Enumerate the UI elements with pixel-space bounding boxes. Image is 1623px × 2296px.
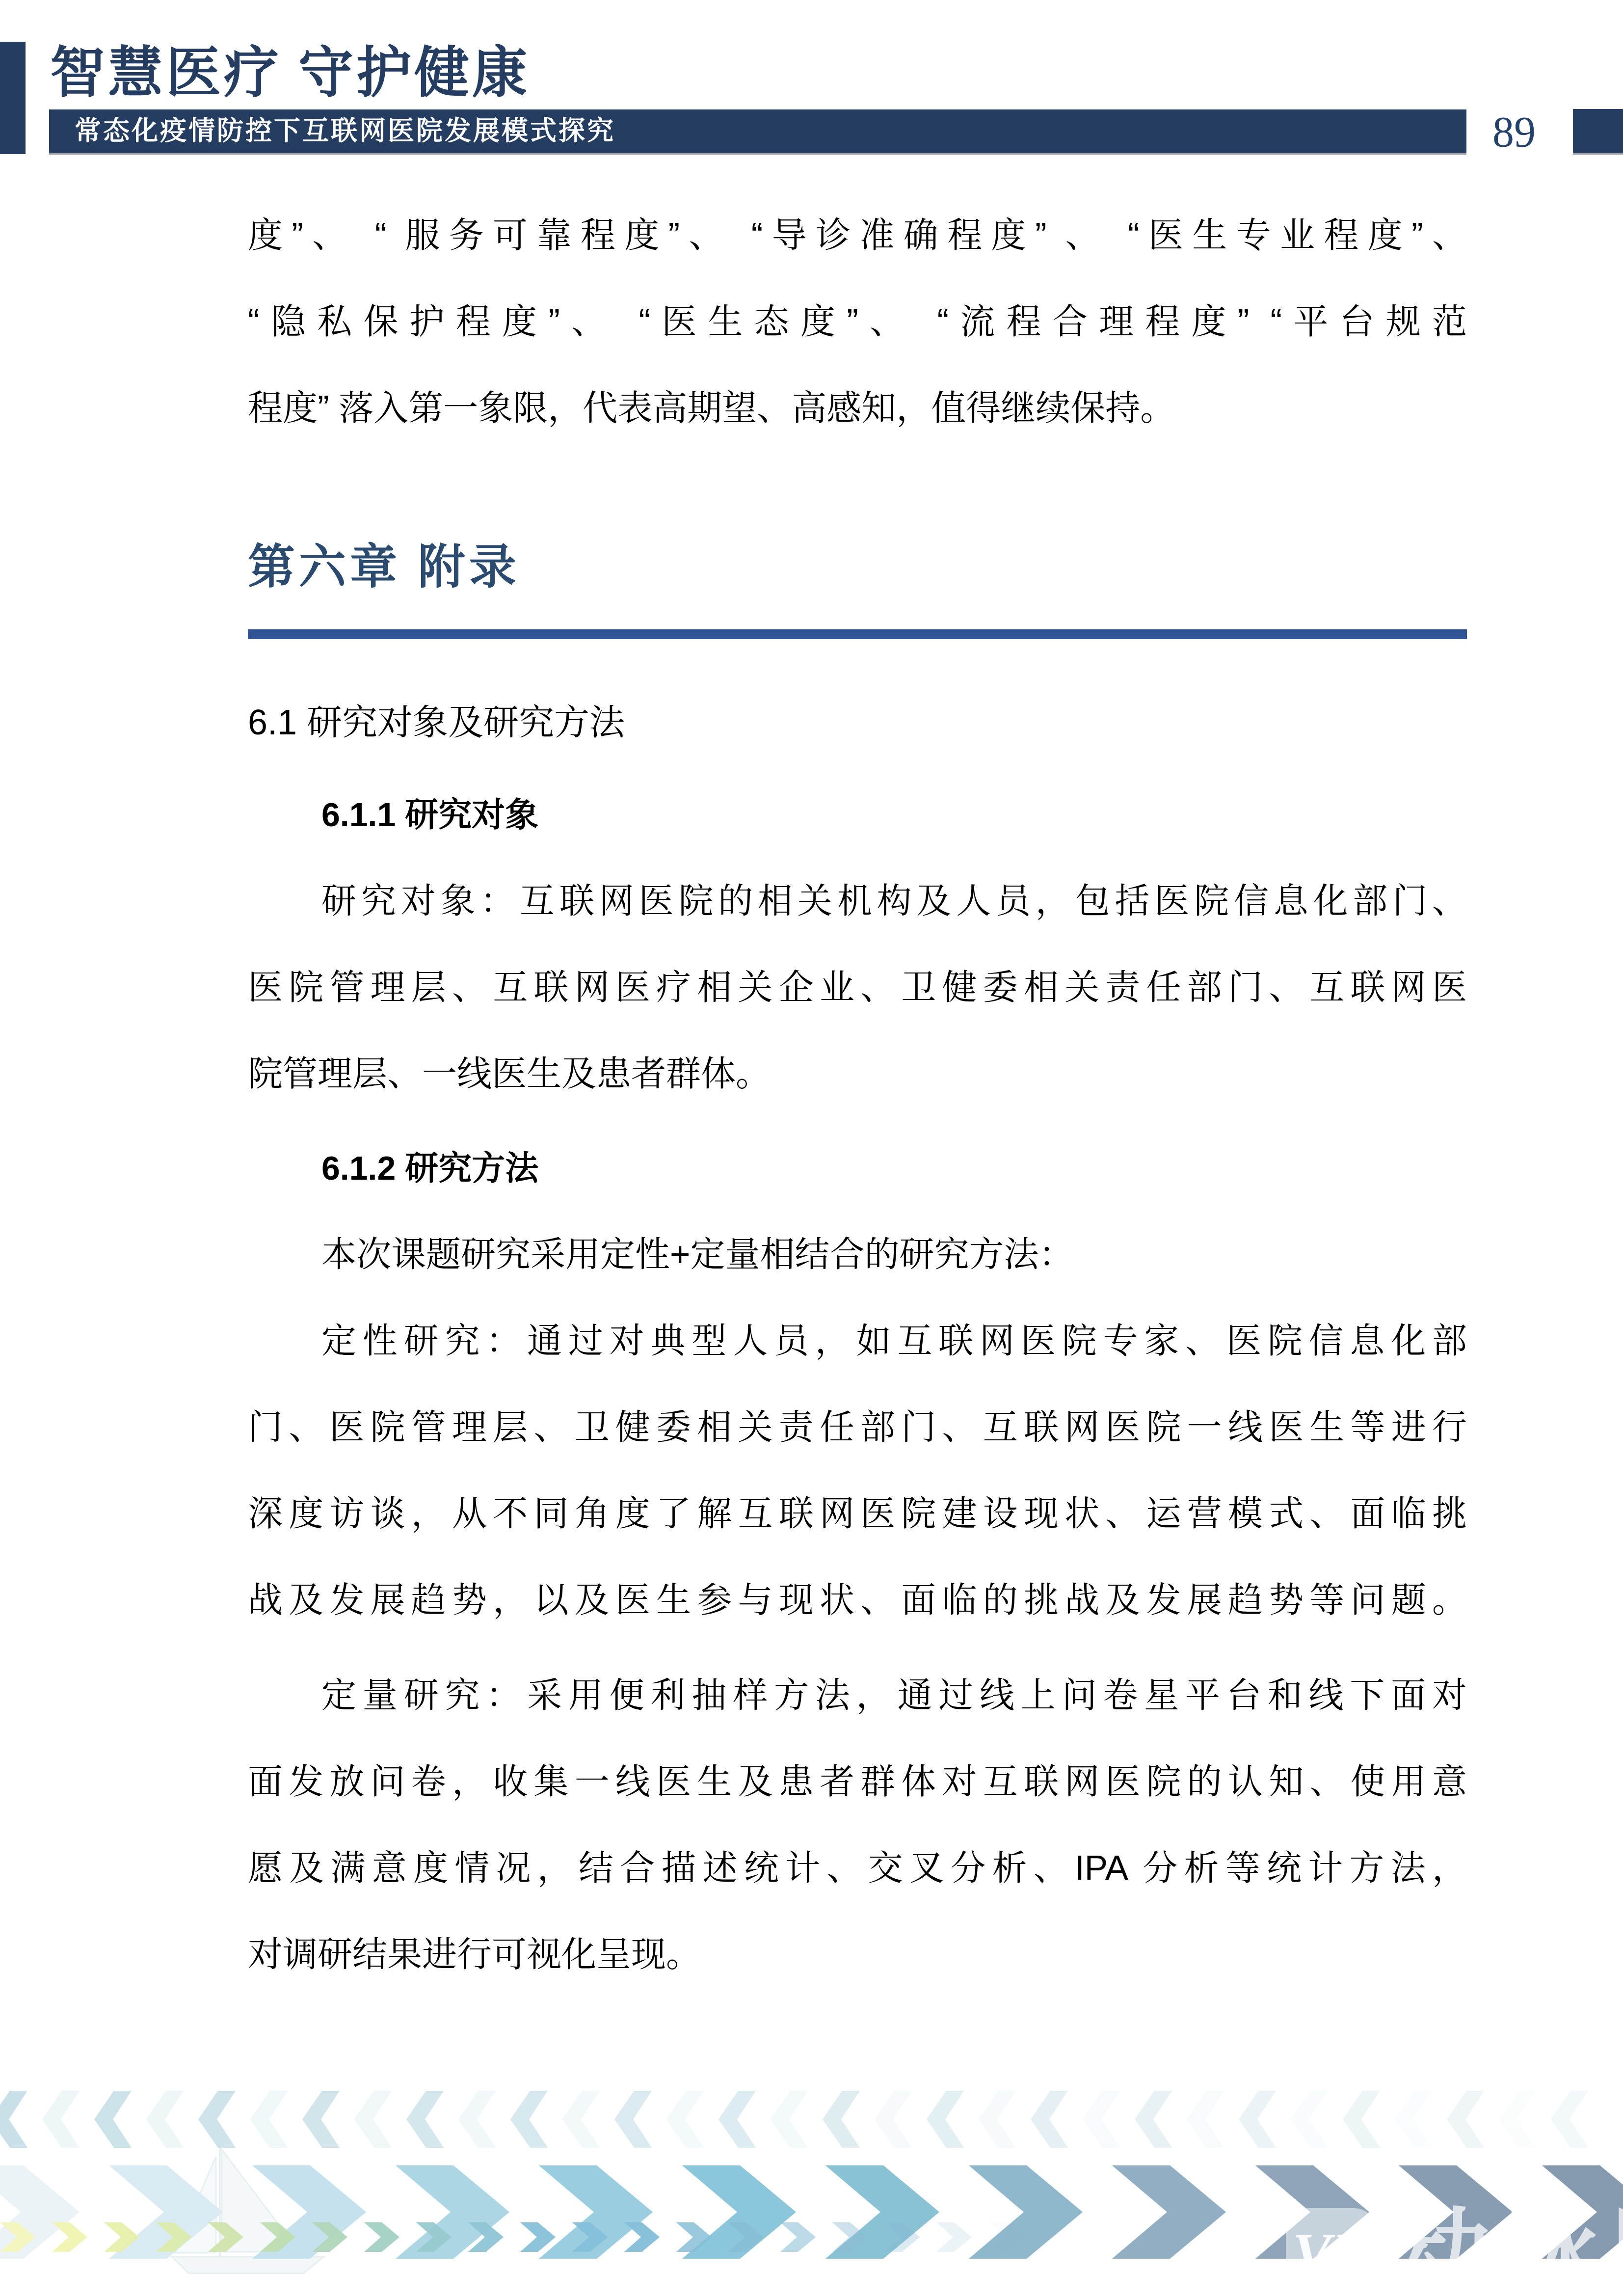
watermark: VB 动脉网 [1286,2208,1623,2296]
subsection-heading: 6.1.2 研究方法 [248,1125,1467,1212]
paragraph-line: “隐私保护程度”、 “医生态度”、 “流程合理程度” “平台规范 [248,279,1467,365]
paragraph-line: 对调研结果进行可视化呈现。 [248,1912,1467,1998]
paragraph-line: 程度” 落入第一象限，代表高期望、高感知，值得继续保持。 [248,365,1467,452]
chapter-heading-rule [248,629,1467,639]
chevron-band-left [0,2091,1588,2148]
brand-title: 智慧医疗 守护健康 [50,41,530,106]
paragraph-line: 研究对象：互联网医院的相关机构及人员，包括医院信息化部门、 [248,858,1467,945]
paragraph-line: 定量研究：采用便利抽样方法，通过线上问卷星平台和线下面对 [248,1652,1467,1739]
paragraph-line: 门、医院管理层、卫健委相关责任部门、互联网医院一线医生等进行 [248,1384,1467,1471]
header-title-strip: 常态化疫情防控下互联网医院发展模式探究 [49,109,1466,155]
subsection-heading: 6.1.1 研究对象 [248,772,1467,858]
paragraph-line: 面发放问卷，收集一线医生及患者群体对互联网医院的认知、使用意 [248,1739,1467,1825]
paragraph-line: 定性研究：通过对典型人员，如互联网医院专家、医院信息化部 [248,1298,1467,1384]
report-title: 常态化疫情防控下互联网医院发展模式探究 [49,109,1466,153]
paragraph-line: 度”、 “ 服务可靠程度”、 “导诊准确程度” 、 “医生专业程度”、 [248,192,1467,279]
paragraph-line: 深度访谈，从不同角度了解互联网医院建设现状、运营模式、面临挑 [248,1471,1467,1557]
page-number: 89 [1472,110,1556,155]
section-heading: 6.1 研究对象及研究方法 [248,679,1467,766]
paragraph-line: 院管理层、一线医生及患者群体。 [248,1031,1467,1117]
watermark-logo-icon: VB [1286,2208,1377,2296]
page-content: 度”、 “ 服务可靠程度”、 “导诊准确程度” 、 “医生专业程度”、 “隐私保… [248,192,1467,1998]
paragraph-line: 本次课题研究采用定性+定量相结合的研究方法： [248,1212,1467,1298]
chapter-heading: 第六章 附录 [248,540,1467,594]
header-corner-square [1573,109,1623,155]
paragraph-line: 战及发展趋势，以及医生参与现状、面临的挑战及发展趋势等问题。 [248,1557,1467,1644]
paragraph-line: 愿及满意度情况，结合描述统计、交叉分析、IPA 分析等统计方法， [248,1825,1467,1912]
paragraph-line: 医院管理层、互联网医疗相关企业、卫健委相关责任部门、互联网医 [248,945,1467,1031]
document-page: 智慧医疗 守护健康 常态化疫情防控下互联网医院发展模式探究 89 度”、 “ 服… [0,0,1623,2296]
header-left-accent-bar [0,42,26,154]
watermark-text: 动脉网 [1396,2208,1623,2296]
